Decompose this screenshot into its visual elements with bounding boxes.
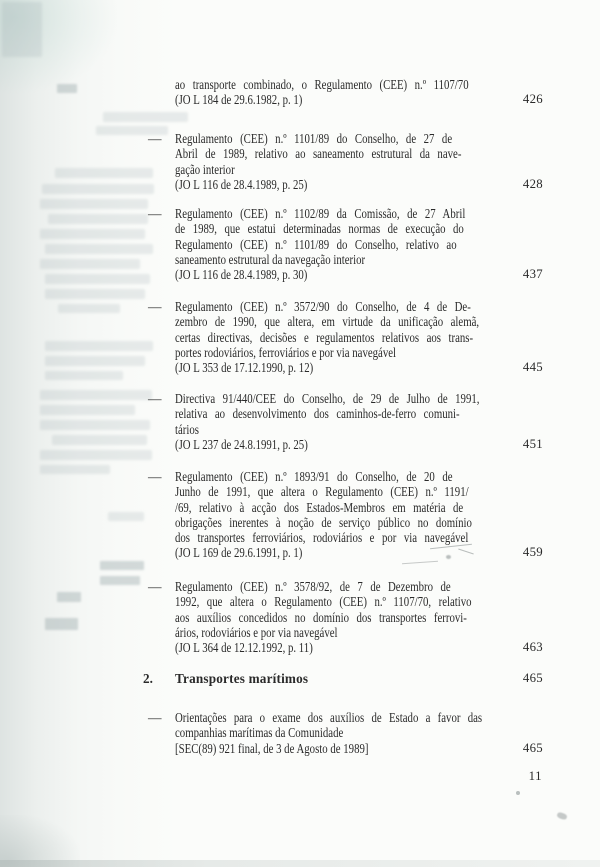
toc-entry-text: Orientações para o exame dos auxílios de… [175,710,482,756]
dash-marker: — [148,131,162,146]
toc-entry-text: Regulamento (CEE) n.º 1101/89 do Conselh… [175,131,482,192]
section-title: Transportes marítimos [175,671,543,686]
toc-entry: —Regulamento (CEE) n.º 1893/91 do Consel… [148,469,543,561]
toc-line: /69, relativo à acção dos Estados-Membro… [175,500,482,515]
dash-marker: — [148,710,162,725]
toc-entry: —Regulamento (CEE) n.º 3572/90 do Consel… [148,299,543,375]
toc-entry: —Regulamento (CEE) n.º 1101/89 do Consel… [148,131,543,192]
dash-marker: — [148,579,162,594]
pencil-mark [402,561,438,565]
speck [516,791,520,795]
page-ref: 426 [523,92,543,107]
toc-line: (JO L 237 de 24.8.1991, p. 25) [175,437,482,452]
toc-entry-text: Regulamento (CEE) n.º 3578/92, de 7 de D… [175,579,482,655]
toc-entry-text: Regulamento (CEE) n.º 1893/91 do Conselh… [175,469,482,561]
ghost-smudge [57,592,81,602]
toc-entry-text: Directiva 91/440/CEE do Conselho, de 29 … [175,391,482,452]
toc-line: Orientações para o exame dos auxílios de… [175,710,482,725]
toc-entry-text: ao transporte combinado, o Regulamento (… [175,77,482,108]
section-number: 2. [143,671,153,686]
toc-line: dos transportes ferroviários, rodoviário… [175,530,482,545]
toc-line: Abril de 1989, relativo ao saneamento es… [175,146,482,161]
toc-line: Regulamento (CEE) n.º 1101/89 do Conselh… [175,237,482,252]
page-ref: 459 [523,545,543,560]
toc-line: (JO L 364 de 12.12.1992, p. 11) [175,640,482,655]
ghost-smudge [40,465,110,474]
page-ref: 451 [523,437,543,452]
ghost-smudge [48,214,148,224]
ghost-smudge [40,259,140,269]
page-ref: 445 [523,360,543,375]
ghost-smudge [40,450,152,460]
ghost-smudge [45,289,145,299]
toc-line: obrigações inerentes à noção de serviço … [175,515,482,530]
toc-line: certas directivas, decisões e regulament… [175,330,482,345]
toc-line: de 1989, que estatui determinadas normas… [175,221,482,236]
section-heading: 2.Transportes marítimos465 [143,671,543,686]
toc-line: Junho de 1991, que altera o Regulamento … [175,484,482,499]
toc-entry-text: Regulamento (CEE) n.º 3572/90 do Conselh… [175,299,482,375]
toc-entry: ao transporte combinado, o Regulamento (… [148,77,543,108]
toc-line: 1992, que altera o Regulamento (CEE) n.º… [175,594,482,609]
ghost-smudge [42,184,154,194]
ghost-smudge [108,512,144,521]
toc-line: (JO L 116 de 28.4.1989, p. 30) [175,267,482,282]
ghost-smudge [40,405,135,415]
toc-line: Regulamento (CEE) n.º 3572/90 do Conselh… [175,299,482,314]
toc-line: aos auxílios concedidos no domínio dos t… [175,610,482,625]
toc-line: ao transporte combinado, o Regulamento (… [175,77,482,92]
toc-line: gação interior [175,162,482,177]
toc-line: companhias marítimas da Comunidade [175,725,482,740]
toc-line: relativa ao desenvolvimento dos caminhos… [175,406,482,421]
page-ref: 463 [523,640,543,655]
ghost-smudge [100,576,140,585]
page-ref: 465 [523,671,543,686]
toc-entry-text: Regulamento (CEE) n.º 1102/89 da Comissã… [175,206,482,282]
toc-entry: —Directiva 91/440/CEE do Conselho, de 29… [148,391,543,452]
ghost-smudge [103,112,188,122]
page-ref: 437 [523,267,543,282]
toc-line: Regulamento (CEE) n.º 3578/92, de 7 de D… [175,579,482,594]
page-number: 11 [529,769,542,784]
page-ref: 465 [523,741,543,756]
toc-line: ários, rodoviários e por via navegável [175,625,482,640]
ghost-smudge [40,229,145,239]
toc-entry: —Regulamento (CEE) n.º 3578/92, de 7 de … [148,579,543,655]
corner-tint [0,0,120,95]
toc-entry: —Regulamento (CEE) n.º 1102/89 da Comiss… [148,206,543,282]
ghost-smudge [45,356,145,366]
ghost-smudge [45,371,123,380]
toc-line: tários [175,422,482,437]
toc-line: saneamento estrutural da navegação inter… [175,252,482,267]
toc-line: (JO L 353 de 17.12.1990, p. 12) [175,360,482,375]
toc-line: Directiva 91/440/CEE do Conselho, de 29 … [175,391,482,406]
speck [556,811,567,820]
scanned-document-page: ao transporte combinado, o Regulamento (… [0,0,600,867]
dash-marker: — [148,469,162,484]
ghost-smudge [40,390,152,400]
ghost-smudge [45,274,150,284]
corner-shadow [0,815,80,867]
ghost-smudge [45,618,78,630]
toc-line: [SEC(89) 921 final, de 3 de Agosto de 19… [175,741,482,756]
page-ref: 428 [523,177,543,192]
ghost-smudge [2,2,42,57]
dash-marker: — [148,299,162,314]
toc-line: Regulamento (CEE) n.º 1893/91 do Conselh… [175,469,482,484]
toc-line: (JO L 184 de 29.6.1982, p. 1) [175,92,482,107]
toc-line: portes rodoviários, ferroviários e por v… [175,345,482,360]
toc-line: (JO L 169 de 29.6.1991, p. 1) [175,545,482,560]
toc-line: Regulamento (CEE) n.º 1102/89 da Comissã… [175,206,482,221]
ghost-smudge [45,341,153,351]
ghost-smudge [100,561,144,570]
ghost-smudge [40,199,148,209]
ghost-smudge [52,435,147,445]
ghost-smudge [40,420,150,430]
page-bottom-edge [0,860,600,867]
toc-line: (JO L 116 de 28.4.1989, p. 25) [175,177,482,192]
dash-marker: — [148,391,162,406]
ghost-smudge [55,168,153,178]
toc-line: zembro de 1990, que altera, em virtude d… [175,314,482,329]
toc-line: Regulamento (CEE) n.º 1101/89 do Conselh… [175,131,482,146]
ghost-smudge [57,84,77,93]
ghost-smudge [45,244,153,254]
dash-marker: — [148,206,162,221]
ghost-smudge [58,304,120,313]
toc-entry: —Orientações para o exame dos auxílios d… [148,710,543,756]
